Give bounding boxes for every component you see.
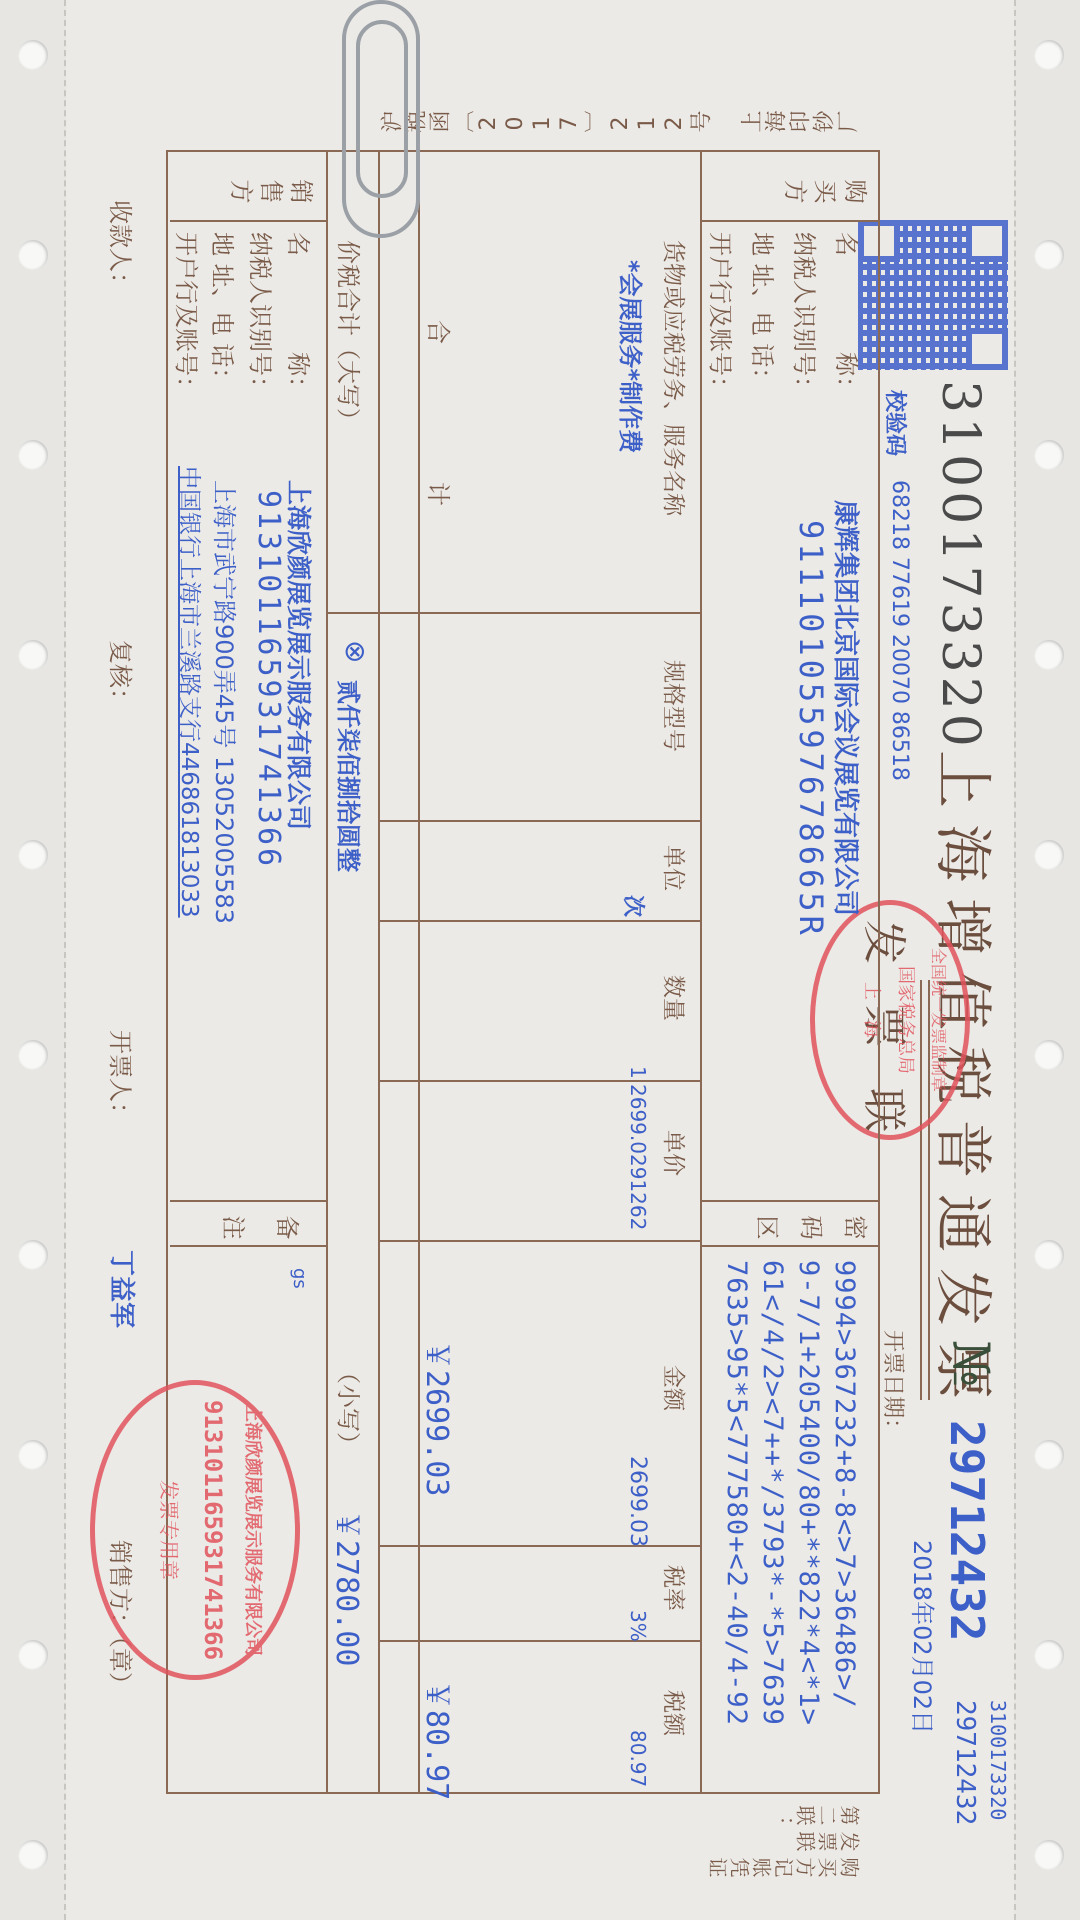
printer-note: 沪税函〔2017〕212号 上海印钞厂	[380, 108, 860, 139]
cipher-line-1: 9994>367232+8-8<>7>36486>/	[829, 1260, 860, 1709]
buyer-name-label: 名 称：	[831, 232, 866, 400]
qr-code	[858, 220, 1008, 370]
seller-tax-id: 913101165931741366	[251, 490, 286, 869]
copy-note-2: 发票联	[794, 1826, 860, 1855]
invoice-number: 29712432	[940, 1420, 994, 1642]
item-tax: 80.97	[626, 1730, 650, 1787]
item-name: *会展服务*制作费	[615, 260, 650, 453]
item-amount: 2699.03	[625, 1456, 650, 1547]
seller-address: 上海市武宁路900弄45号 13052005583	[209, 480, 244, 924]
buyer-name: 康辉集团北京国际会议展览有限公司	[829, 500, 866, 916]
remarks-label: 备注	[192, 1208, 300, 1243]
invoice-code-printed: 3100173320	[930, 380, 990, 751]
item-rate: 3%	[626, 1610, 650, 1642]
col-header-rate: 税率	[659, 1565, 692, 1611]
cipher-line-2: 9-7/1+205400/80+**822*4<*1>	[793, 1260, 824, 1726]
buyer-section-label: 购买方	[778, 172, 868, 207]
issue-date-label: 开票日期：	[879, 1330, 910, 1440]
side-invoice-code: 3100173320	[986, 1700, 1010, 1820]
item-qty: 1	[626, 1066, 650, 1079]
cipher-line-4: 7635>95*5<777580+<2-40/4-92	[721, 1260, 752, 1726]
seller-name-label: 名 称：	[283, 232, 318, 400]
grand-total-upper-icon: ⊗	[339, 640, 372, 663]
col-header-qty: 数量	[659, 975, 692, 1021]
col-header-price: 单价	[659, 1130, 692, 1176]
seller-name: 上海欣颜展览展示服务有限公司	[282, 480, 318, 830]
buyer-bank-label: 开户行及账号：	[705, 232, 740, 400]
copy-note-1: 第二联：	[772, 1800, 860, 1829]
grand-total-upper: 贰仟柒佰捌拾圆整	[333, 680, 368, 872]
side-invoice-number: 29712432	[950, 1700, 980, 1825]
copy-note-3: 购买方记账凭证	[706, 1852, 860, 1881]
cipher-label: 密码区	[736, 1208, 868, 1243]
seller-stamp: 上海欣颜展览展示服务有限公司 913101165931741366 发票专用章	[90, 1380, 300, 1680]
grand-total-lower-label: （小写）	[333, 1360, 368, 1456]
total-label: 合 计	[423, 320, 458, 536]
total-amount: ￥2699.03	[418, 1340, 462, 1496]
total-tax: ￥80.97	[418, 1680, 462, 1800]
item-unit: 次	[619, 895, 650, 917]
perforation-strip-bottom	[0, 0, 66, 1920]
buyer-address-label: 地 址、电 话：	[747, 232, 782, 391]
cipher-line-3: 61</4/2><7++*/3793*-*5>7639	[757, 1260, 788, 1726]
perforation-strip-top	[1014, 0, 1080, 1920]
seller-bank-label: 开户行及账号：	[171, 232, 206, 400]
issue-date: 2018年02月02日	[907, 1540, 942, 1734]
buyer-tax-id-label: 纳税人识别号：	[789, 232, 824, 400]
invoice-sheet: 3100173320 上海增值税普通发票 发票联 № 29712432 3100…	[0, 0, 1080, 1920]
drawer-name: 丁益军	[105, 1250, 142, 1328]
payee-label: 收款人：	[105, 200, 140, 296]
seller-bank: 中国银行上海市兰溪路支行446861813033	[175, 466, 208, 918]
col-header-tax: 税额	[659, 1690, 692, 1736]
reviewer-label: 复核：	[105, 640, 140, 712]
drawer-label: 开票人：	[105, 1030, 140, 1126]
paper-clip-inner	[356, 20, 408, 198]
check-code-label: 校验码	[881, 390, 912, 456]
col-header-unit: 单位	[659, 845, 692, 891]
seller-address-label: 地 址、电 话：	[207, 232, 242, 391]
col-header-amount: 金额	[659, 1365, 692, 1411]
item-price: 2699.0291262	[626, 1084, 650, 1230]
buyer-tax-id: 91110105597678665R	[792, 520, 830, 939]
seller-tax-id-label: 纳税人识别号：	[245, 232, 280, 400]
col-header-name: 货物或应税劳务、服务名称	[659, 240, 692, 516]
seller-section-label: 销售方	[224, 172, 314, 207]
remarks-value: gs	[289, 1268, 310, 1289]
grand-total-lower: ￥2780.00	[328, 1510, 372, 1666]
grand-total-upper-label: 价税合计（大写）	[333, 240, 368, 432]
check-code: 68218 77619 20070 86518	[887, 480, 912, 781]
invoice-number-prefix: №	[942, 1340, 1000, 1387]
col-header-spec: 规格型号	[659, 660, 692, 752]
